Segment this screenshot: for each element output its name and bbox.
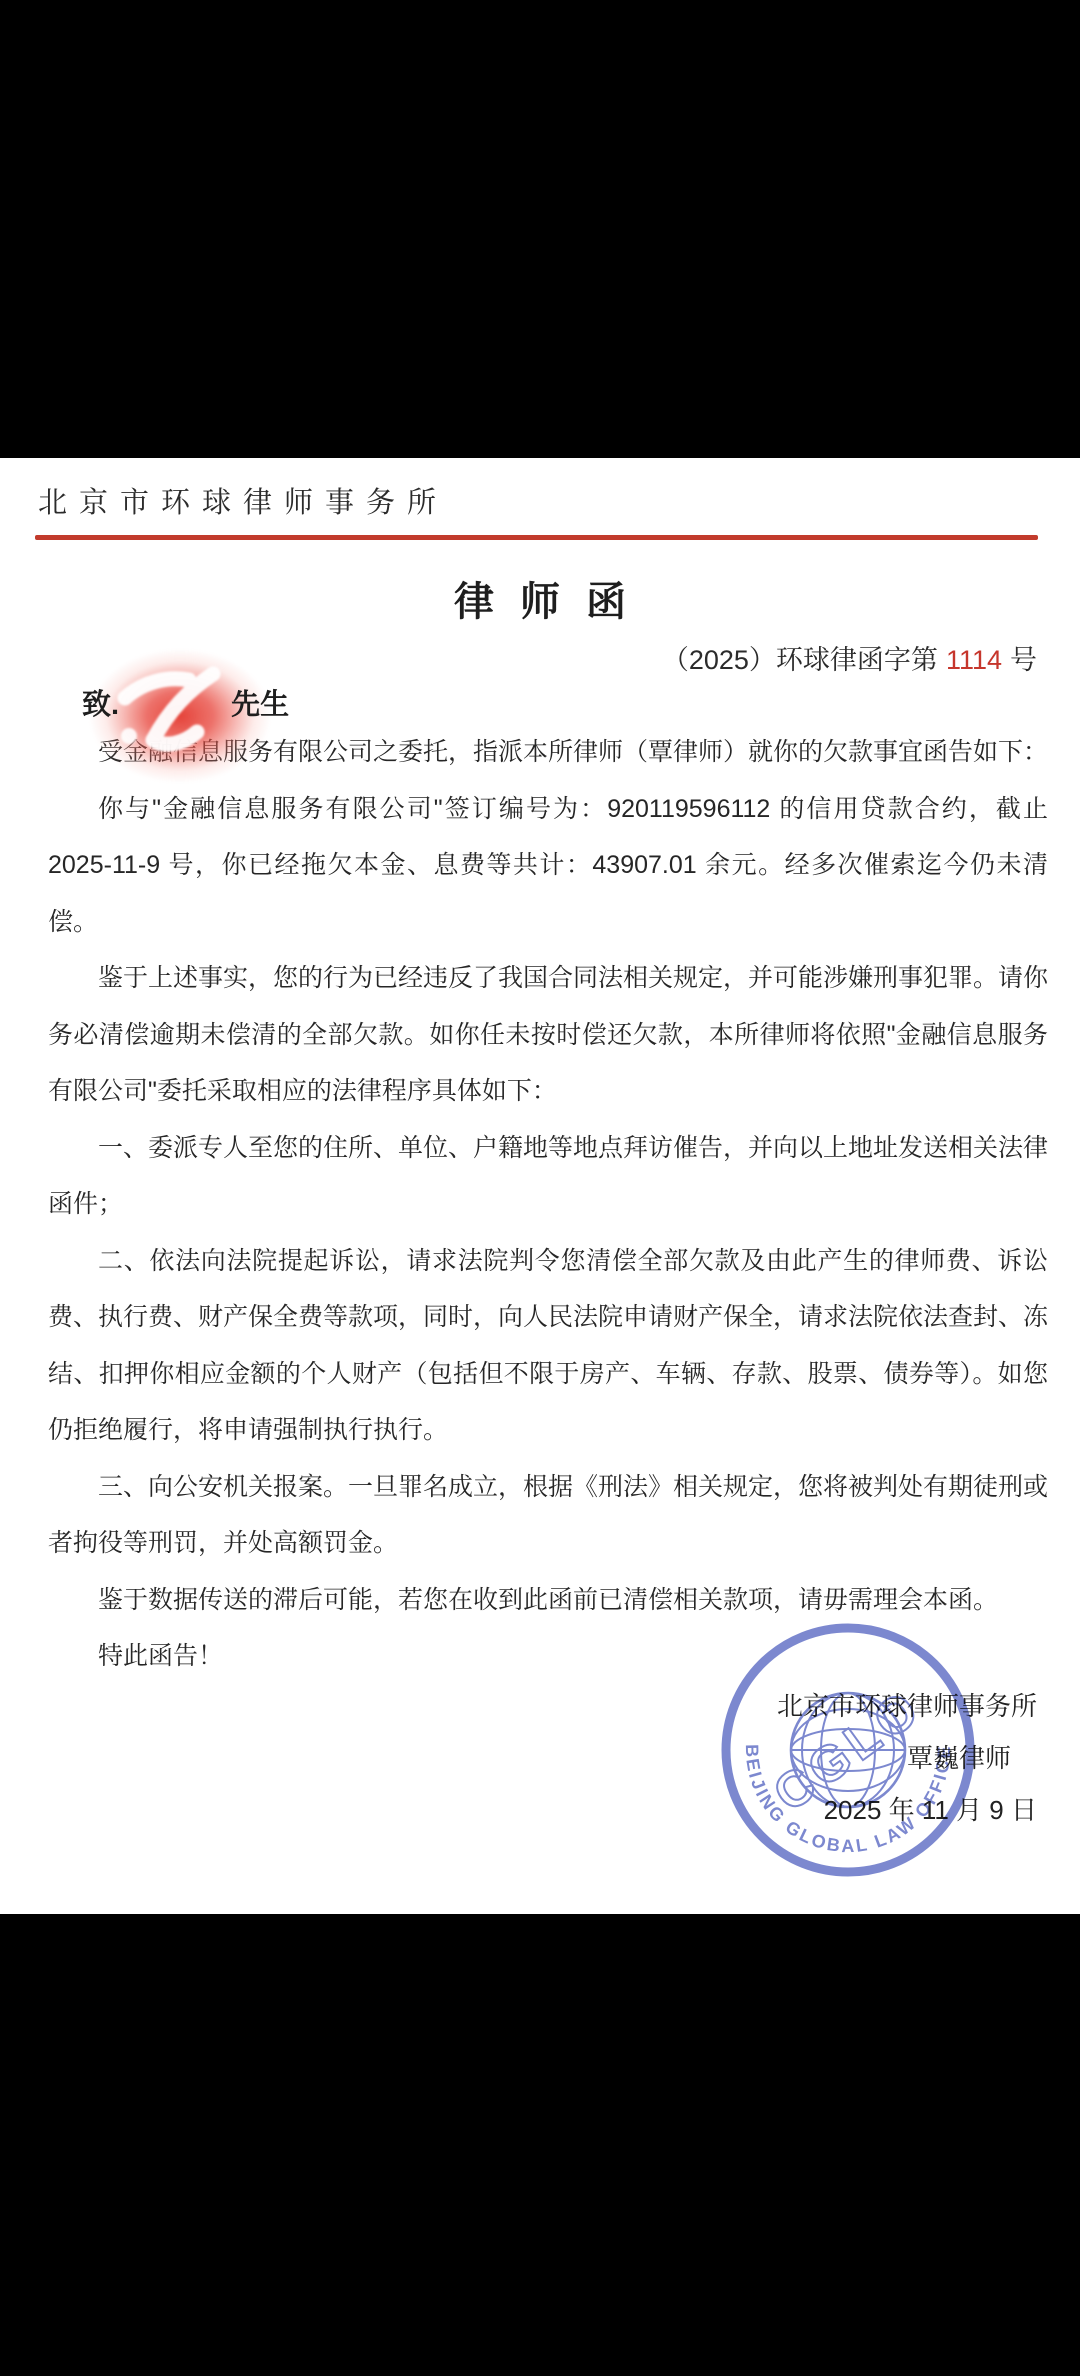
- reference-number: 1114: [946, 645, 1002, 675]
- signature-date: 2025 年 11 月 9 日: [777, 1784, 1037, 1836]
- body-paragraph: 三、向公安机关报案。一旦罪名成立，根据《刑法》相关规定，您将被判处有期徒刑或者拘…: [48, 1459, 1048, 1572]
- reference-line: （2025）环球律函字第1114号: [662, 638, 1037, 677]
- letterhead-firm-name: 北京市环球律师事务所: [38, 480, 448, 521]
- salutation-prefix: 致.: [82, 689, 119, 721]
- letter-page: 北京市环球律师事务所 律师函 （2025）环球律函字第1114号 致.先生 受金…: [0, 458, 1080, 1914]
- body-paragraph: 特此函告！: [48, 1628, 1048, 1685]
- letter-title: 律师函: [0, 570, 1080, 627]
- signature-lawyer-name: 覃巍律师: [777, 1732, 1037, 1784]
- body-paragraph: 鉴于数据传送的滞后可能，若您在收到此函前已清偿相关款项，请毋需理会本函。: [48, 1572, 1048, 1629]
- reference-prefix: （2025）环球律函字第: [662, 645, 938, 675]
- body-paragraph: 一、委派专人至您的住所、单位、户籍地等地点拜访催告，并向以上地址发送相关法律函件…: [48, 1120, 1048, 1233]
- signature-block: 北京市环球律师事务所 覃巍律师 2025 年 11 月 9 日: [777, 1680, 1037, 1836]
- salutation-line: 致.先生: [82, 682, 289, 723]
- letterhead-rule: [35, 535, 1038, 540]
- signature-firm-name: 北京市环球律师事务所: [777, 1680, 1037, 1732]
- body-paragraph: 鉴于上述事实，您的行为已经违反了我国合同法相关规定，并可能涉嫌刑事犯罪。请你务必…: [48, 950, 1048, 1120]
- letter-body: 受金融信息服务有限公司之委托，指派本所律师（覃律师）就你的欠款事宜函告如下：你与…: [48, 724, 1048, 1685]
- bottom-letterbox: [0, 1914, 1080, 2376]
- body-paragraph: 受金融信息服务有限公司之委托，指派本所律师（覃律师）就你的欠款事宜函告如下：: [48, 724, 1048, 781]
- body-paragraph: 你与"金融信息服务有限公司"签订编号为：920119596112 的信用贷款合约…: [48, 781, 1048, 951]
- reference-suffix: 号: [1010, 645, 1037, 675]
- top-letterbox: [0, 0, 1080, 458]
- salutation-suffix: 先生: [231, 689, 289, 721]
- body-paragraph: 二、依法向法院提起诉讼，请求法院判令您清偿全部欠款及由此产生的律师费、诉讼费、执…: [48, 1233, 1048, 1459]
- screenshot-root: 北京市环球律师事务所 律师函 （2025）环球律函字第1114号 致.先生 受金…: [0, 0, 1080, 2376]
